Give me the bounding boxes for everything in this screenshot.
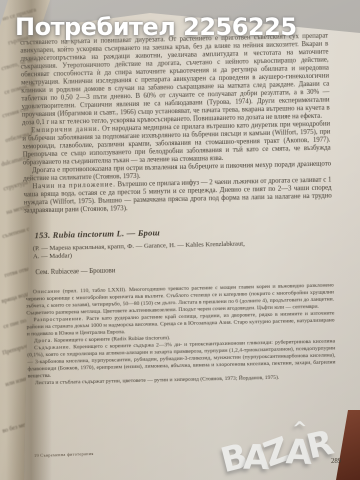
book-photo: но се прилага гърлина ството, че не се п… — [0, 0, 360, 480]
paragraph-lead: Съдържание. — [34, 344, 71, 351]
paragraph-text: Коренището с корените съдържа 2—3% ди- и… — [27, 338, 335, 379]
paragraph-lead: Дрога. — [34, 337, 53, 343]
species-family: Сем. Rubiaceae — Брошови — [35, 262, 333, 276]
username-overlay: Потребител 2256225 — [15, 13, 297, 41]
small-print-block: Описание (прил. 110, табло LXXII). Много… — [26, 282, 336, 387]
paragraph: Начин на приложение. Вътрешно се прилага… — [23, 177, 332, 216]
page-text-column: сгъстяването на кръвта и повишават диуре… — [20, 33, 336, 387]
paragraph: сгъстяването на кръвта и повишават диуре… — [20, 33, 330, 128]
species-heading: 153. Rubia tinctorum L. — Брош — [34, 224, 332, 241]
paragraph-lead: Описание — [33, 288, 61, 295]
watermark-caret-icon: ^ — [292, 420, 307, 438]
paragraph-lead: Разпространение. — [33, 316, 83, 323]
paragraph: Емпирични данни. От народната медицина с… — [22, 121, 331, 168]
species-synonyms: (Р. — Марена красильная, крапп, Ф. — Gar… — [33, 240, 251, 261]
paragraph-text: сгъстяването на кръвта и повишават диуре… — [20, 33, 330, 127]
